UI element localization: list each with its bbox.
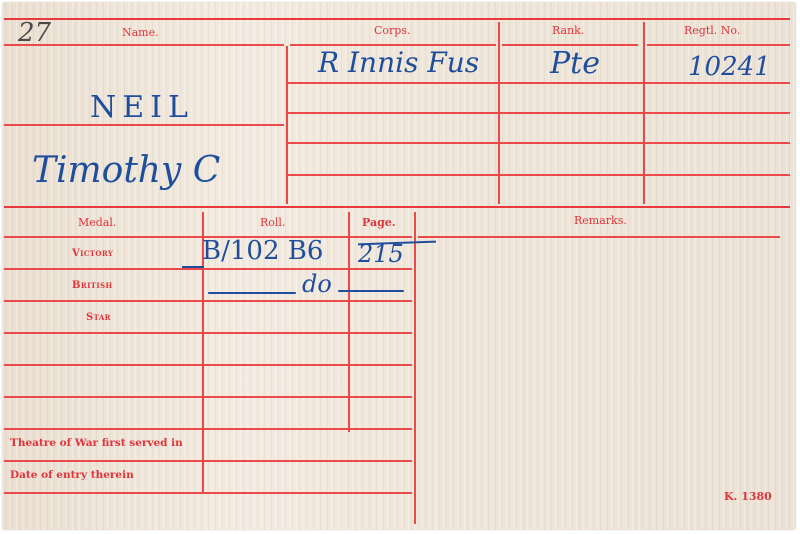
roll-label: Roll. (260, 216, 285, 229)
medal-british-label: British (72, 280, 113, 291)
medal-victory-label: Victory (72, 248, 113, 259)
rank-label: Rank. (552, 24, 584, 37)
british-roll-value: do (302, 270, 332, 298)
medal-index-card: Name. Corps. Rank. Regtl. No. 27 NEIL Ti… (2, 2, 796, 530)
victory-roll-value: B/102 B6 (202, 236, 323, 266)
form-number: K. 1380 (724, 490, 772, 503)
ditto-stroke-left (208, 292, 296, 294)
medal-row-line-6 (4, 428, 412, 430)
medal-row-line-4 (4, 364, 412, 366)
corps-value: R Innis Fus (318, 46, 479, 79)
roll-page-divider (348, 212, 350, 432)
remarks-label: Remarks. (574, 214, 627, 227)
medal-label: Medal. (78, 216, 116, 229)
page-label: Page. (362, 216, 396, 229)
medal-row-line-1 (4, 268, 412, 270)
medal-row-line-3 (4, 332, 412, 334)
grid-row-line-4 (288, 174, 790, 176)
grid-row-line-2 (288, 112, 790, 114)
remarks-header-underline (418, 236, 780, 238)
roll-underline-stroke (182, 266, 204, 268)
regtl-no-value: 10241 (688, 52, 771, 82)
pencil-annotation: 27 (18, 18, 51, 48)
date-label: Date of entry therein (10, 469, 134, 481)
regtl-header-underline (647, 44, 790, 46)
theatre-label: Theatre of War first served in (10, 437, 183, 449)
regtl-no-label: Regtl. No. (684, 24, 740, 37)
date-row-line (4, 492, 412, 494)
grid-row-line-3 (288, 142, 790, 144)
ditto-stroke-right (338, 290, 404, 292)
corps-left-border (286, 46, 288, 204)
surname-value: NEIL (90, 90, 194, 125)
rank-value: Pte (550, 46, 600, 81)
page-remarks-divider (414, 212, 416, 524)
grid-row-line-1 (288, 82, 790, 84)
forenames-value: Timothy C (32, 150, 220, 191)
top-border-line (4, 18, 790, 20)
medal-row-line-2 (4, 300, 412, 302)
top-section-bottom-line (4, 206, 790, 208)
medal-row-line-5 (4, 396, 412, 398)
theatre-row-line (4, 460, 412, 462)
name-label: Name. (122, 26, 159, 39)
corps-label: Corps. (374, 24, 410, 37)
medal-star-label: Star (86, 312, 111, 323)
